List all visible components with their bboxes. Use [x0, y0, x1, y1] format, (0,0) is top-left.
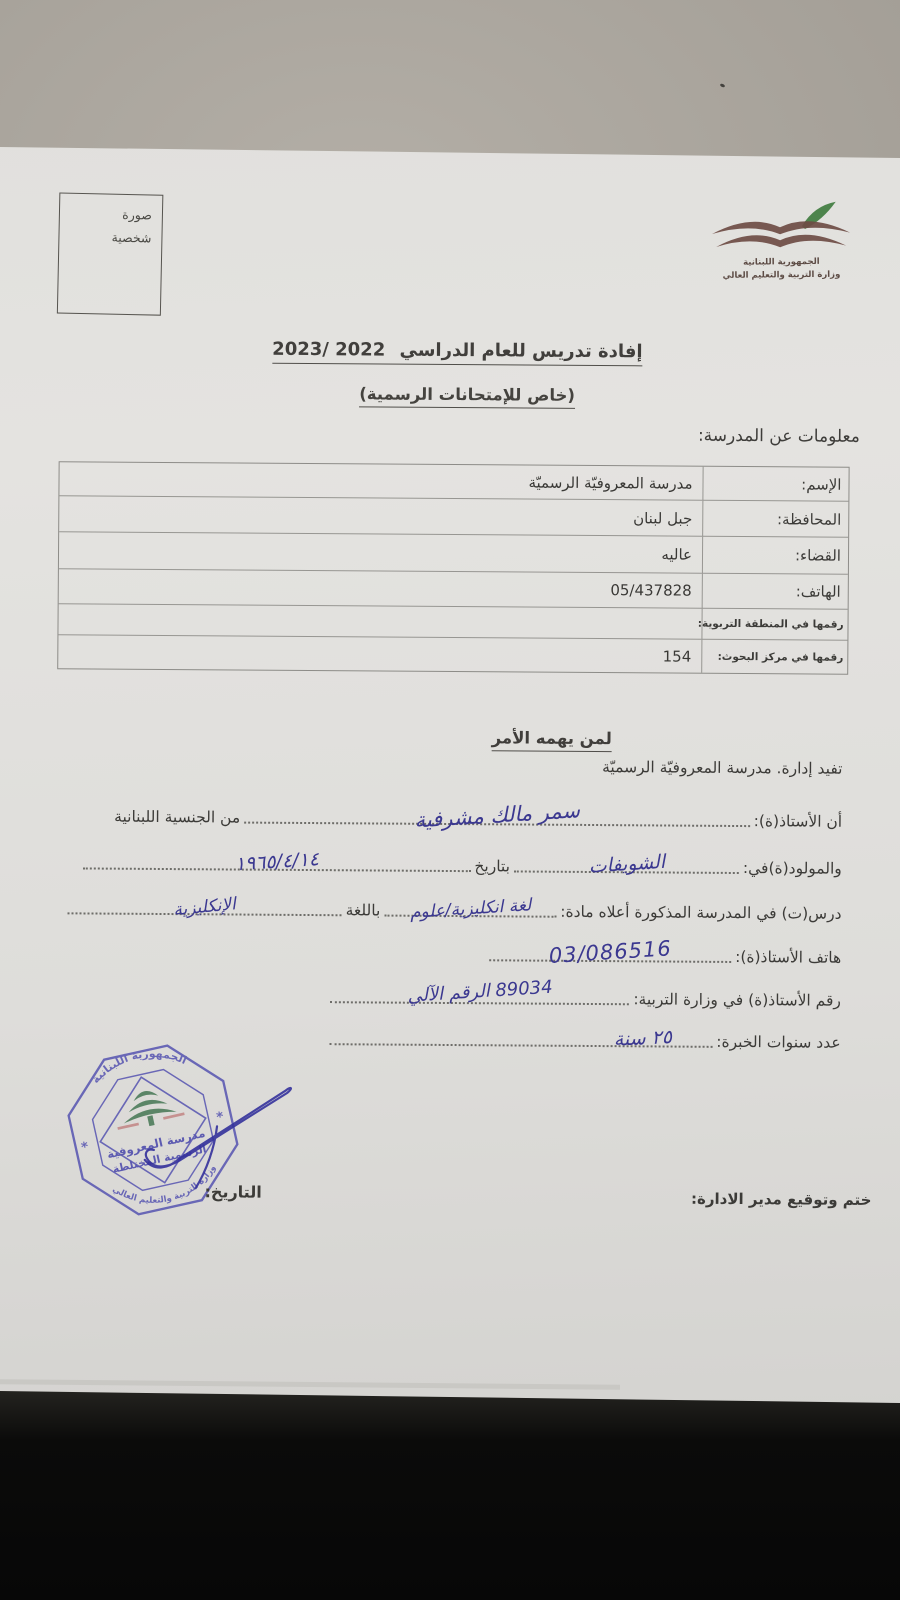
handwritten-ministry-number: 89034 الرقم الآلي — [406, 977, 553, 1007]
row-label: المحافظة: — [702, 501, 848, 538]
subject-label: درس(ت) في المدرسة المذكورة أعلاه مادة: — [560, 903, 841, 923]
row-label: الهاتف: — [702, 574, 848, 610]
photo-placeholder-box: صورة شخصية — [57, 193, 164, 316]
row-label: الإسم: — [702, 467, 848, 502]
birthdate-label: بتاريخ — [474, 857, 510, 875]
row-label: رقمها في مركز البحوث: — [701, 640, 847, 674]
dotted-fill: ١٩٦٥/٤/١٤ — [83, 846, 471, 872]
handwritten-experience: ٢٥ سنة — [614, 1026, 673, 1051]
body-line-teacher-phone: هاتف الأستاذ(ة): 03/086516 — [485, 938, 841, 966]
experience-label: عدد سنوات الخبرة: — [716, 1033, 840, 1052]
school-info-table: الإسم: مدرسة المعروفيّة الرسميّة المحافظ… — [57, 461, 849, 675]
body-line-certifies-text: تفيد إدارة. مدرسة المعروفيّة الرسميّة — [602, 758, 842, 778]
signature-icon — [57, 1027, 338, 1199]
handwritten-birthplace: الشويفات — [588, 851, 666, 878]
handwritten-birthdate: ١٩٦٥/٤/١٤ — [234, 848, 319, 875]
open-book-icon — [706, 200, 857, 254]
heading-to-whom-text: لمن يهمه الأمر — [492, 728, 612, 752]
footer-seal-label: ختم وتوقيع مدير الادارة: — [691, 1190, 872, 1209]
document-content: صورة شخصية الجمهورية اللبنانية وزارة الت… — [0, 0, 900, 1453]
handwritten-language: الإنكليزية — [173, 894, 237, 920]
body-line-certifies: تفيد إدارة. مدرسة المعروفيّة الرسميّة — [602, 758, 842, 778]
footer-date-label: التاريخ: — [204, 1182, 261, 1201]
certificate-title-text: إفادة تدريس للعام الدراسي — [399, 340, 642, 363]
certificate-subtitle: (خاص للإمتحانات الرسمية) — [162, 383, 772, 410]
certificate-subtitle-text: (خاص للإمتحانات الرسمية) — [359, 384, 575, 409]
scene: { "photo_box": { "line1": "صورة", "line2… — [0, 0, 900, 1600]
dotted-fill: لغة انكليزية/علوم — [384, 894, 556, 918]
handwritten-teacher-phone: 03/086516 — [548, 936, 672, 968]
row-value: مدرسة المعروفيّة الرسميّة — [59, 462, 702, 500]
row-value: جبل لبنان — [59, 496, 702, 536]
row-value: 154 — [58, 635, 701, 672]
nationality-text: من الجنسية اللبنانية — [114, 808, 240, 827]
row-value: 05/437828 — [59, 569, 702, 608]
row-value — [58, 604, 701, 639]
ministry-logo: الجمهورية اللبنانية وزارة التربية والتعل… — [701, 199, 862, 291]
row-value: عاليه — [59, 532, 702, 573]
academic-year: 2023/ 2022 — [272, 339, 385, 361]
logo-caption: الجمهورية اللبنانية وزارة التربية والتعل… — [701, 255, 861, 282]
language-label: باللغة — [346, 901, 381, 919]
photo-placeholder-label-line2: شخصية — [69, 225, 151, 250]
heading-to-whom: لمن يهمه الأمر — [452, 728, 652, 752]
body-line-teacher-name: أن الأستاذ(ة): سمر مالك مشرفية من الجنسي… — [114, 800, 842, 831]
handwritten-subject: لغة انكليزية/علوم — [409, 895, 532, 923]
teacher-phone-label: هاتف الأستاذ(ة): — [735, 948, 841, 967]
dotted-fill: سمر مالك مشرفية — [244, 801, 750, 828]
logo-org-line2: وزارة التربية والتعليم العالي — [701, 268, 861, 282]
birthplace-label: والمولود(ة)في: — [743, 859, 842, 878]
dotted-fill: 03/086516 — [489, 938, 731, 963]
section-heading-school-info: معلومات عن المدرسة: — [698, 426, 860, 447]
dotted-fill: الشويفات — [514, 849, 739, 874]
body-line-ministry-number: رقم الأستاذ(ة) في وزارة التربية: 89034 ا… — [326, 980, 841, 1010]
row-label: القضاء: — [702, 537, 848, 575]
body-line-birth: والمولود(ة)في: الشويفات بتاريخ ١٩٦٥/٤/١٤ — [79, 846, 842, 877]
dotted-fill: 89034 الرقم الآلي — [330, 980, 630, 1005]
certificate-title: إفادة تدريس للعام الدراسي 2023/ 2022 — [152, 338, 762, 367]
row-label: رقمها في المنطقة التربوية: — [701, 609, 847, 641]
body-line-subject: درس(ت) في المدرسة المذكورة أعلاه مادة: ل… — [63, 891, 841, 922]
dotted-fill: ٢٥ سنة — [330, 1022, 713, 1048]
body-line-experience: عدد سنوات الخبرة: ٢٥ سنة — [326, 1022, 841, 1052]
ministry-number-label: رقم الأستاذ(ة) في وزارة التربية: — [633, 990, 841, 1009]
photo-placeholder-label-line1: صورة — [70, 202, 152, 227]
teacher-name-label: أن الأستاذ(ة): — [754, 812, 843, 831]
handwritten-teacher-name: سمر مالك مشرفية — [414, 798, 581, 832]
dotted-fill: الإنكليزية — [67, 891, 341, 916]
